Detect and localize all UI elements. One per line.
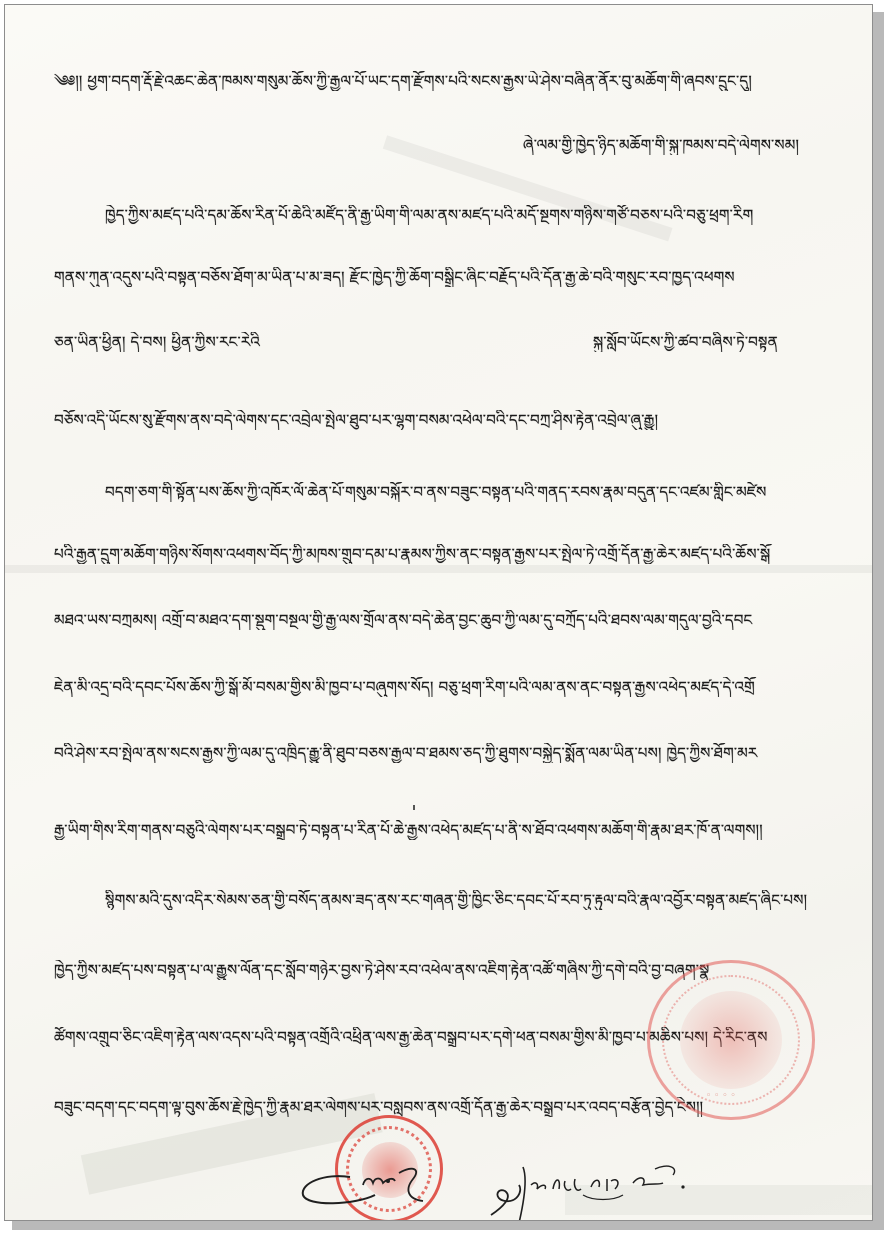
- body-line-8: ཇེན་མི་འདྲ་བའི་དབང་པོས་ཆོས་ཀྱི་སྒོ་མོ་བས…: [54, 677, 840, 697]
- official-seal-right: ◦ ◦ ◦ ◦: [647, 960, 815, 1120]
- body-line-2: གནས་ཀུན་འདུས་པའི་བསྟན་བཅོས་ཐོག་མ་ཡིན་པ་མ…: [54, 267, 840, 287]
- body-line-10: རྒྱ་ཡིག་གིས་རིག་གནས་བཅུའི་ལེགས་པར་བསྒྲུབ…: [54, 820, 814, 840]
- document-page: ༄༅།། ཕྱག་བདག་རྡོ་རྗེ་འཆང་ཆེན་ཁམས་གསུམ་ཆོ…: [4, 4, 873, 1221]
- body-line-1: ཁྱེད་ཀྱིས་མཛད་པའི་དམ་ཆོས་རིན་པོ་ཆེའི་མཛོ…: [105, 205, 840, 225]
- seal-emblem: [680, 991, 782, 1089]
- salutation-line: ༄༅།། ཕྱག་བདག་རྡོ་རྗེ་འཆང་ཆེན་ཁམས་གསུམ་ཆོ…: [54, 71, 754, 91]
- body-line-11: སྙིགས་མའི་དུས་འདིར་སེམས་ཅན་གྱི་བསོད་ནམས་…: [105, 890, 840, 910]
- signature-left: [295, 1155, 445, 1215]
- paper-crease: [5, 565, 873, 573]
- body-line-9: བའི་ཤེས་རབ་སྤེལ་ནས་སངས་རྒྱས་ཀྱི་ལམ་དུ་འཁ…: [54, 743, 840, 763]
- signature-right: [483, 1157, 703, 1221]
- greeting-line: ཞེ་ལམ་གྱི་ཁྱེད་ཉིད་མཆོག་གི་སྐུ་ཁམས་བདེ་ལ…: [523, 135, 838, 155]
- body-line-3b: སྐུ་སློབ་ཡོངས་ཀྱི་ཚབ་བཞིས་ཏེ་བསྟན: [593, 332, 840, 352]
- body-line-5: བདག་ཅག་གི་སྟོན་པས་ཆོས་ཀྱི་འཁོར་ལོ་ཆེན་པོ…: [105, 482, 840, 502]
- seal-inscription: ◦ ◦ ◦ ◦: [706, 1091, 736, 1101]
- body-line-6: པའི་རྒྱན་དྲུག་མཆོག་གཉིས་སོགས་འཕགས་བོད་ཀྱ…: [54, 544, 840, 564]
- ink-speck: [413, 805, 415, 810]
- body-line-4: བཅོས་འདི་ཡོངས་སུ་རྫོགས་ནས་བདེ་ལེགས་དང་འབ…: [54, 410, 734, 430]
- body-line-7: མཐའ་ཡས་བཀྲམས། འགྲོ་བ་མཐའ་དག་སྡུག་བསྔལ་གྱ…: [54, 610, 840, 630]
- closing-line: བཟུང་བདག་དང་བདག་ལྟ་བུས་ཆོས་རྗེ་ཁྱེད་ཀྱི་…: [54, 1097, 754, 1117]
- body-line-3a: ཅན་ཡིན་ཕྱིན། དེ་བས། ཕྱིན་ཀྱིས་རང་རེའི: [54, 332, 324, 352]
